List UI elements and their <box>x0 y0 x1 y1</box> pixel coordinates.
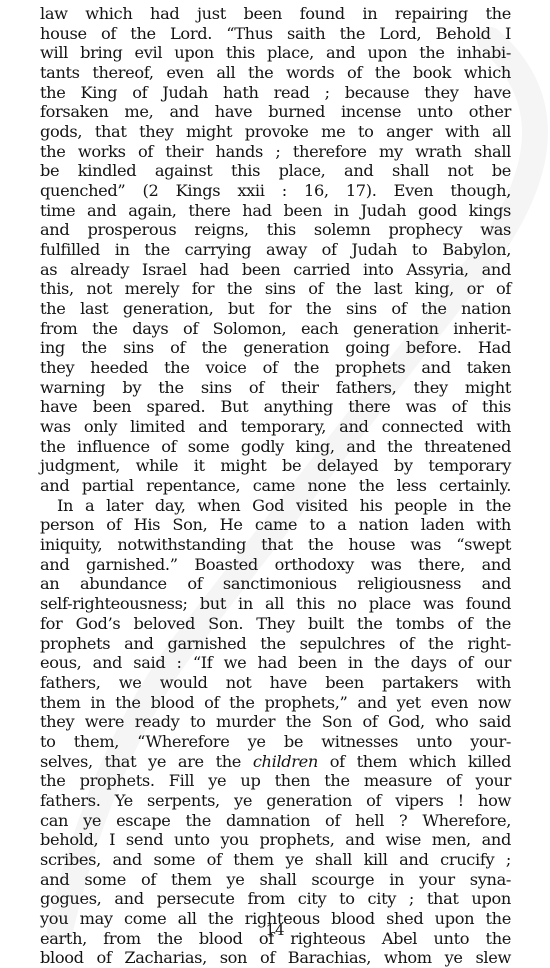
text-line: quenched” (2 Kings xxii : 16, 17). Even … <box>40 181 511 201</box>
text-line: forsaken me, and have burned incense unt… <box>40 102 511 122</box>
text-line: fulfilled in the carrying away of Judah … <box>40 240 511 260</box>
text-line: judgment, while it might be delayed by t… <box>40 456 511 476</box>
text-line: time and again, there had been in Judah … <box>40 201 511 221</box>
text-line: gods, that they might provoke me to ange… <box>40 122 511 142</box>
text-line: and garnished.” Boasted orthodoxy was th… <box>40 555 511 575</box>
text-line: and some of them ye shall scourge in you… <box>40 870 511 890</box>
text-line: can ye escape the damnation of hell ? Wh… <box>40 811 511 831</box>
text-line: tants thereof, even all the words of the… <box>40 63 511 83</box>
text-line: the last generation, but for the sins of… <box>40 299 511 319</box>
text-line: person of His Son, He came to a nation l… <box>40 515 511 535</box>
text-line: from the days of Solomon, each generatio… <box>40 319 511 339</box>
text-line: the influence of some godly king, and th… <box>40 437 511 457</box>
text-line: as already Israel had been carried into … <box>40 260 511 280</box>
text-line: house of the Lord. “Thus saith the Lord,… <box>40 24 511 44</box>
text-line: eous, and said : “If we had been in the … <box>40 653 511 673</box>
text-line: for God’s beloved Son. They built the to… <box>40 614 511 634</box>
text-line: warning by the sins of their fathers, th… <box>40 378 511 398</box>
text-line: fathers. Ye serpents, ye generation of v… <box>40 791 511 811</box>
page-number: 14 <box>0 921 550 939</box>
paragraph-1: law which had just been found in repairi… <box>40 4 511 496</box>
text-line: have been spared. But anything there was… <box>40 397 511 417</box>
text-line: them in the blood of the prophets,” and … <box>40 693 511 713</box>
text-line: blood of Zacharias, son of Barachias, wh… <box>40 948 511 968</box>
text-line: and partial repentance, came none the le… <box>40 476 511 496</box>
text-line: selves, that ye are the children of them… <box>40 752 511 772</box>
paragraph-2: In a later day, when God visited his peo… <box>40 496 511 968</box>
text-line: and prosperous reigns, this solemn proph… <box>40 220 511 240</box>
text-line: law which had just been found in repairi… <box>40 4 511 24</box>
text-line: scribes, and some of them ye shall kill … <box>40 850 511 870</box>
text-line: fathers, we would not have been partaker… <box>40 673 511 693</box>
text-line: In a later day, when God visited his peo… <box>40 496 511 516</box>
text-line: was only limited and temporary, and conn… <box>40 417 511 437</box>
document-page: law which had just been found in repairi… <box>40 4 511 968</box>
text-line: to them, “Wherefore ye be witnesses unto… <box>40 732 511 752</box>
text-line: the prophets. Fill ye up then the measur… <box>40 771 511 791</box>
text-line: will bring evil upon this place, and upo… <box>40 43 511 63</box>
text-line: this, not merely for the sins of the las… <box>40 279 511 299</box>
text-line: the works of their hands ; therefore my … <box>40 142 511 162</box>
text-line: they were ready to murder the Son of God… <box>40 712 511 732</box>
text-line: the King of Judah hath read ; because th… <box>40 83 511 103</box>
text-line: behold, I send unto you prophets, and wi… <box>40 830 511 850</box>
text-line: ing the sins of the generation going bef… <box>40 338 511 358</box>
text-line: prophets and garnished the sepulchres of… <box>40 634 511 654</box>
text-line: iniquity, notwithstanding that the house… <box>40 535 511 555</box>
text-line: self-righteousness; but in all this no p… <box>40 594 511 614</box>
text-line: be kindled against this place, and shall… <box>40 161 511 181</box>
text-line: they heeded the voice of the prophets an… <box>40 358 511 378</box>
italic-emphasis: children <box>253 752 318 771</box>
text-line: an abundance of sanctimonious religiousn… <box>40 574 511 594</box>
text-line: gogues, and persecute from city to city … <box>40 889 511 909</box>
